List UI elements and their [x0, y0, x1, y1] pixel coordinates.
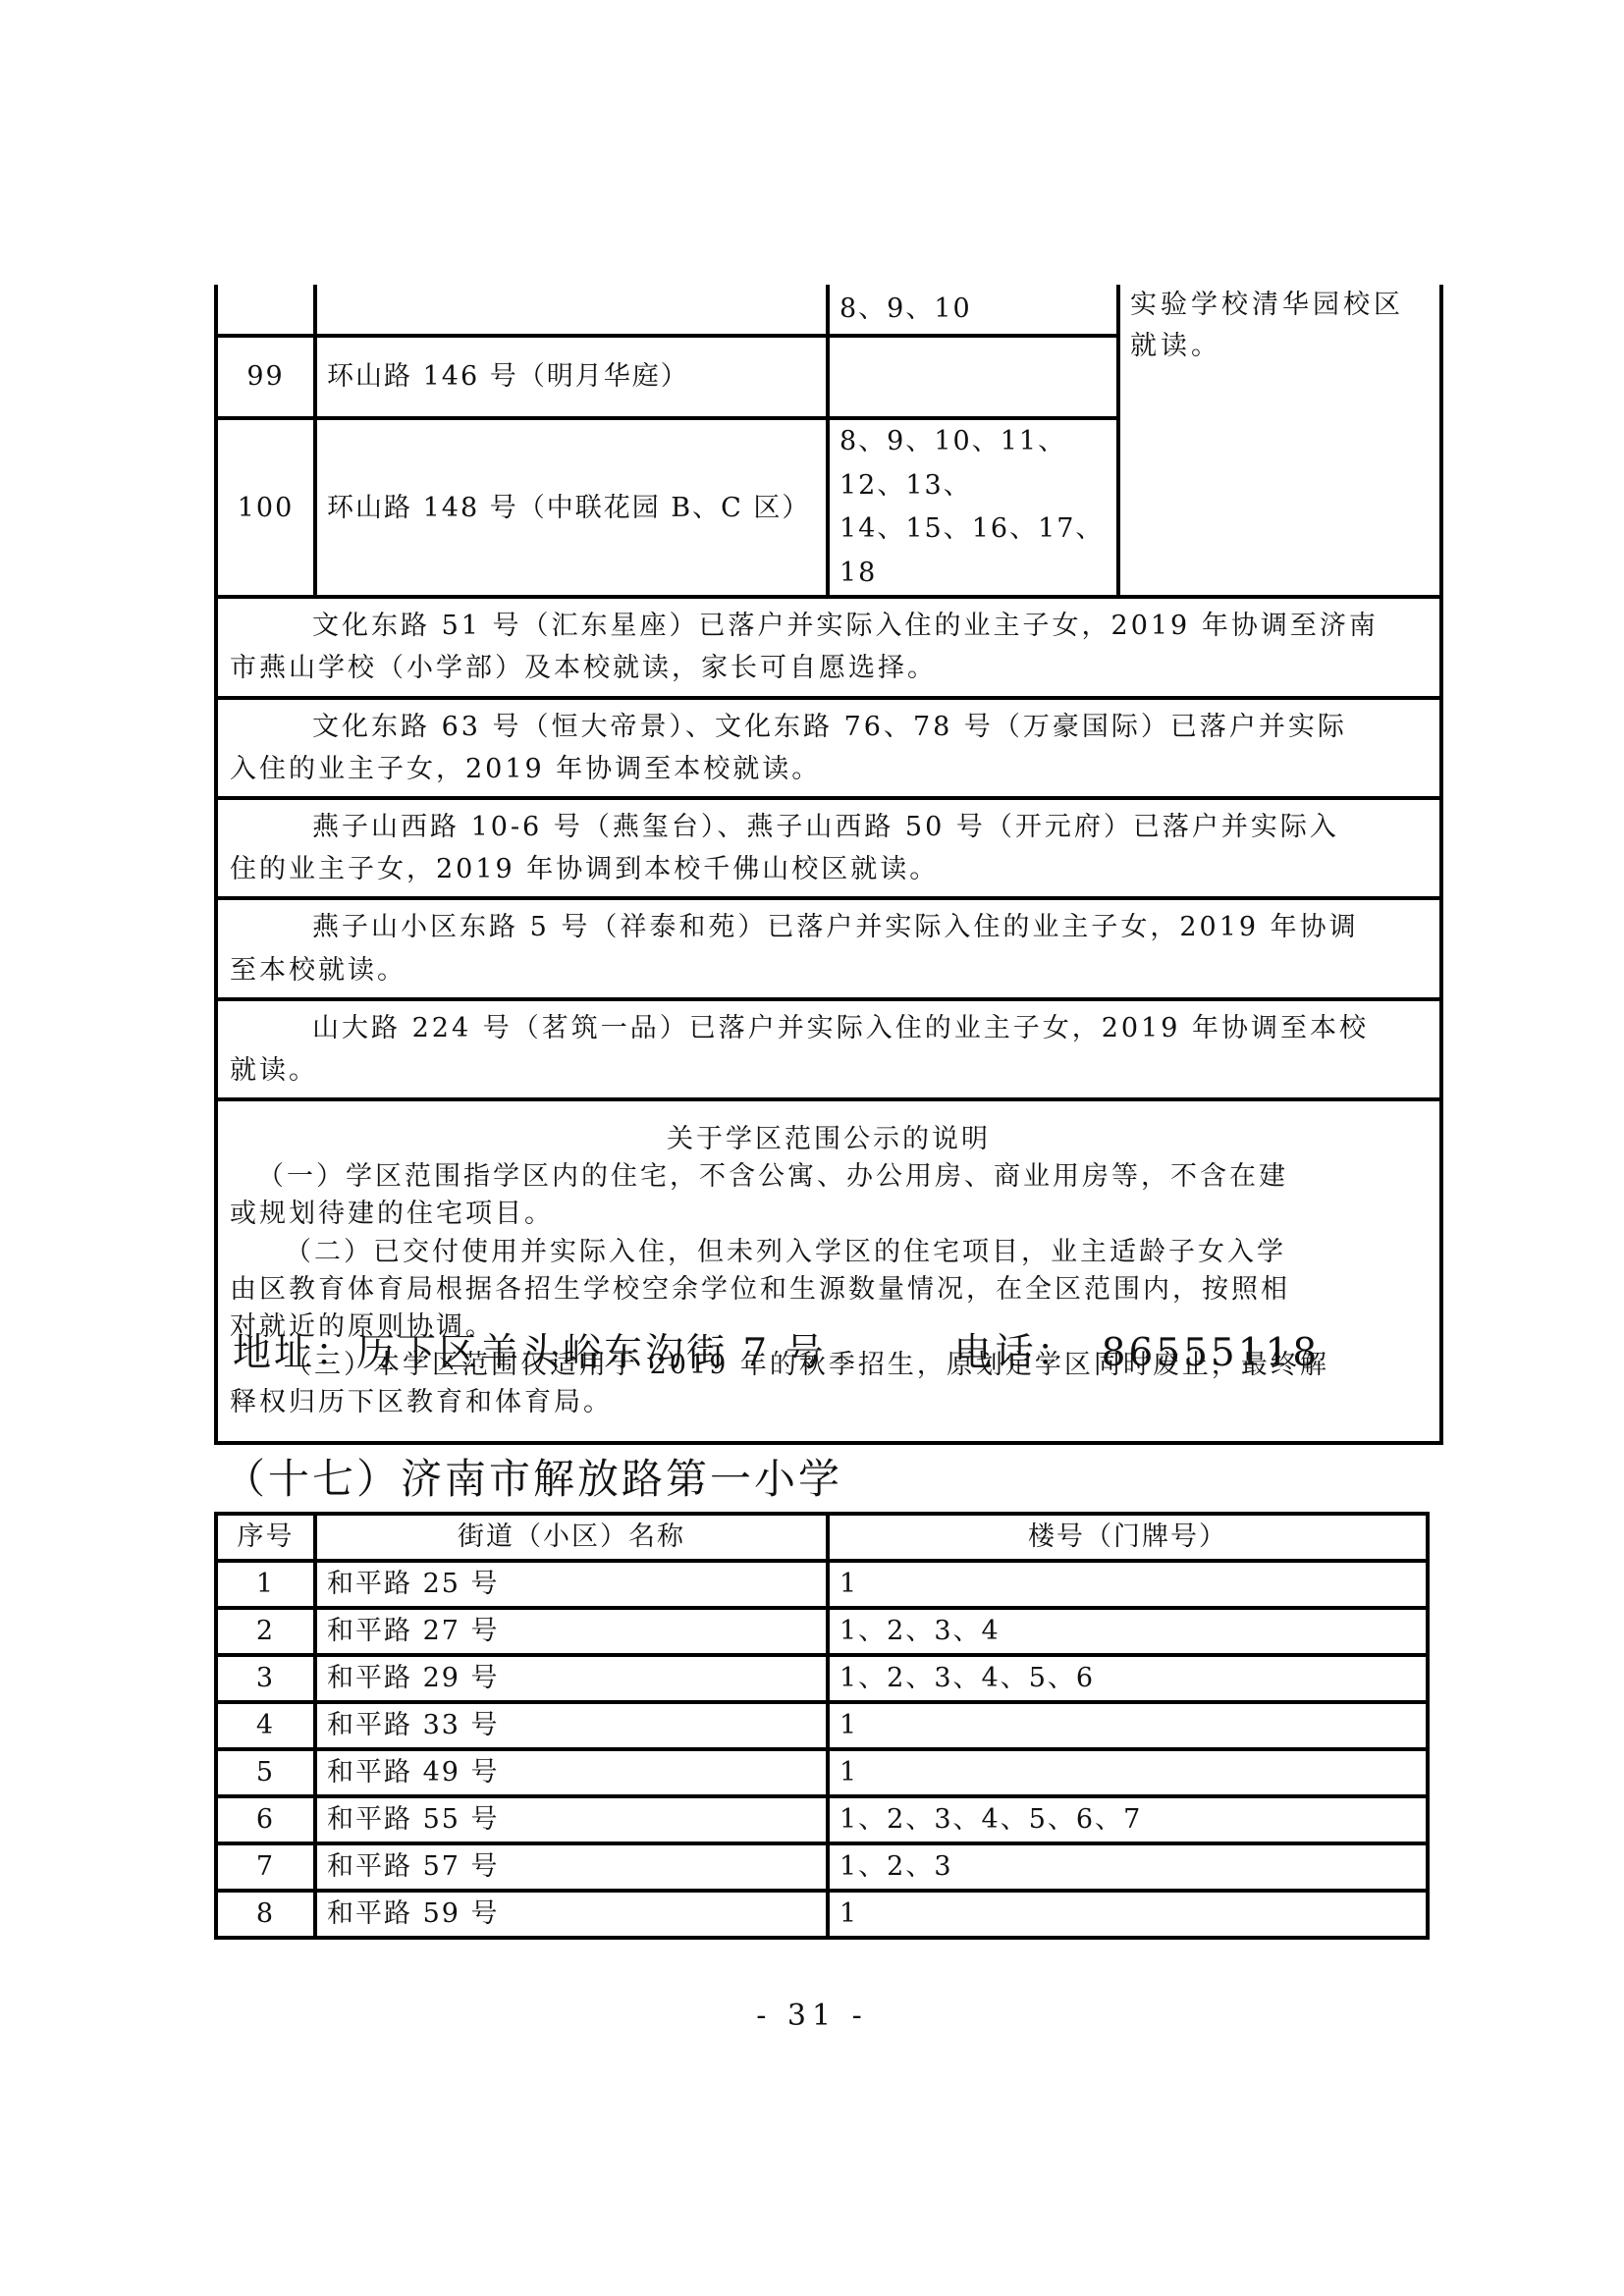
street-name: 和平路 29 号	[315, 1655, 828, 1702]
explanation-item: （二）已交付使用并实际入住，但未列入学区的住宅项目，业主适龄子女入学	[230, 1234, 1428, 1271]
street-name	[315, 285, 828, 336]
note-text: 文化东路 63 号（恒大帝景）、文化东路 76、78 号（万豪国际）已落户并实际…	[216, 698, 1441, 798]
row-number: 7	[216, 1843, 315, 1891]
row-number	[216, 285, 315, 336]
table-header-row: 序号 街道（小区）名称 楼号（门牌号）	[216, 1514, 1428, 1561]
note-text: 山大路 224 号（茗筑一品）已落户并实际入住的业主子女，2019 年协调至本校…	[216, 999, 1441, 1099]
address-label: 地址：	[233, 1331, 356, 1375]
building-numbers-line: 8、9、10、11、12、13、	[839, 420, 1107, 507]
street-name: 和平路 55 号	[315, 1796, 828, 1843]
street-name: 环山路 146 号（明月华庭）	[315, 336, 828, 418]
street-name: 环山路 148 号（中联花园 B、C 区）	[315, 418, 828, 597]
building-numbers: 8、9、10、11、12、13、 14、15、16、17、18	[828, 418, 1118, 597]
note-row: 文化东路 63 号（恒大帝景）、文化东路 76、78 号（万豪国际）已落户并实际…	[216, 698, 1441, 798]
explanation-row: 关于学区范围公示的说明 （一）学区范围指学区内的住宅，不含公寓、办公用房、商业用…	[216, 1099, 1441, 1443]
building-numbers: 1、2、3、4、5、6	[828, 1655, 1428, 1702]
building-numbers	[828, 336, 1118, 418]
header-street: 街道（小区）名称	[315, 1514, 828, 1561]
page-number: - 31 -	[0, 1999, 1624, 2033]
explanation-item: （一）学区范围指学区内的住宅，不含公寓、办公用房、商业用房等，不含在建	[230, 1158, 1428, 1196]
contact-line: 地址：历下区羊头峪东沟街 7 号电话：86555118	[233, 1327, 1320, 1381]
table-row: 6 和平路 55 号 1、2、3、4、5、6、7	[216, 1796, 1428, 1843]
table-row: 8 和平路 59 号 1	[216, 1891, 1428, 1938]
street-name: 和平路 27 号	[315, 1608, 828, 1655]
building-numbers: 8、9、10	[828, 285, 1118, 336]
row-number: 1	[216, 1561, 315, 1608]
section-title: （十七）济南市解放路第一小学	[224, 1451, 842, 1509]
explanation-block: 关于学区范围公示的说明 （一）学区范围指学区内的住宅，不含公寓、办公用房、商业用…	[216, 1099, 1441, 1443]
table-row: 1 和平路 25 号 1	[216, 1561, 1428, 1608]
note-text: 燕子山小区东路 5 号（祥泰和苑）已落户并实际入住的业主子女，2019 年协调 …	[216, 898, 1441, 998]
row-number: 8	[216, 1891, 315, 1938]
note-row: 文化东路 51 号（汇东星座）已落户并实际入住的业主子女，2019 年协调至济南…	[216, 597, 1441, 697]
address-value: 历下区羊头峪东沟街 7 号	[356, 1331, 827, 1375]
row-number: 100	[216, 418, 315, 597]
row-number: 2	[216, 1608, 315, 1655]
header-number: 序号	[216, 1514, 315, 1561]
row-number: 3	[216, 1655, 315, 1702]
street-name: 和平路 33 号	[315, 1702, 828, 1749]
building-numbers: 1	[828, 1702, 1428, 1749]
note-text: 文化东路 51 号（汇东星座）已落户并实际入住的业主子女，2019 年协调至济南…	[216, 597, 1441, 697]
school-district-table: 序号 街道（小区）名称 楼号（门牌号） 1 和平路 25 号 1 2 和平路 2…	[214, 1512, 1430, 1940]
explanation-item-cont: 由区教育体育局根据各招生学校空余学位和生源数量情况，在全区范围内，按照相	[230, 1271, 1428, 1308]
table-row: 5 和平路 49 号 1	[216, 1749, 1428, 1796]
building-numbers: 1、2、3、4	[828, 1608, 1428, 1655]
street-name: 和平路 59 号	[315, 1891, 828, 1938]
row-number: 6	[216, 1796, 315, 1843]
phone-label: 电话：	[954, 1331, 1078, 1375]
building-numbers-line: 14、15、16、17、18	[839, 507, 1107, 595]
building-numbers: 1、2、3、4、5、6、7	[828, 1796, 1428, 1843]
note-row: 燕子山西路 10-6 号（燕玺台）、燕子山西路 50 号（开元府）已落户并实际入…	[216, 798, 1441, 898]
explanation-item-cont: 释权归历下区教育和体育局。	[230, 1384, 1428, 1421]
building-numbers: 1、2、3	[828, 1843, 1428, 1891]
row-number: 5	[216, 1749, 315, 1796]
phone-value: 86555118	[1102, 1331, 1321, 1375]
explanation-item-cont: 或规划待建的住宅项目。	[230, 1196, 1428, 1233]
row-number: 4	[216, 1702, 315, 1749]
explanation-title: 关于学区范围公示的说明	[230, 1121, 1428, 1158]
table-row: 8、9、10 实验学校清华园校区就读。	[216, 285, 1441, 336]
table-row: 4 和平路 33 号 1	[216, 1702, 1428, 1749]
note-text: 燕子山西路 10-6 号（燕玺台）、燕子山西路 50 号（开元府）已落户并实际入…	[216, 798, 1441, 898]
building-numbers: 1	[828, 1749, 1428, 1796]
street-name: 和平路 25 号	[315, 1561, 828, 1608]
row-number: 99	[216, 336, 315, 418]
note-row: 山大路 224 号（茗筑一品）已落户并实际入住的业主子女，2019 年协调至本校…	[216, 999, 1441, 1099]
building-numbers: 1	[828, 1561, 1428, 1608]
remark-cell: 实验学校清华园校区就读。	[1118, 285, 1441, 597]
table-row: 7 和平路 57 号 1、2、3	[216, 1843, 1428, 1891]
header-buildings: 楼号（门牌号）	[828, 1514, 1428, 1561]
building-numbers: 1	[828, 1891, 1428, 1938]
continued-district-table: 8、9、10 实验学校清华园校区就读。 99 环山路 146 号（明月华庭） 1…	[214, 285, 1443, 1445]
table-row: 3 和平路 29 号 1、2、3、4、5、6	[216, 1655, 1428, 1702]
street-name: 和平路 57 号	[315, 1843, 828, 1891]
table-row: 2 和平路 27 号 1、2、3、4	[216, 1608, 1428, 1655]
street-name: 和平路 49 号	[315, 1749, 828, 1796]
note-row: 燕子山小区东路 5 号（祥泰和苑）已落户并实际入住的业主子女，2019 年协调 …	[216, 898, 1441, 998]
